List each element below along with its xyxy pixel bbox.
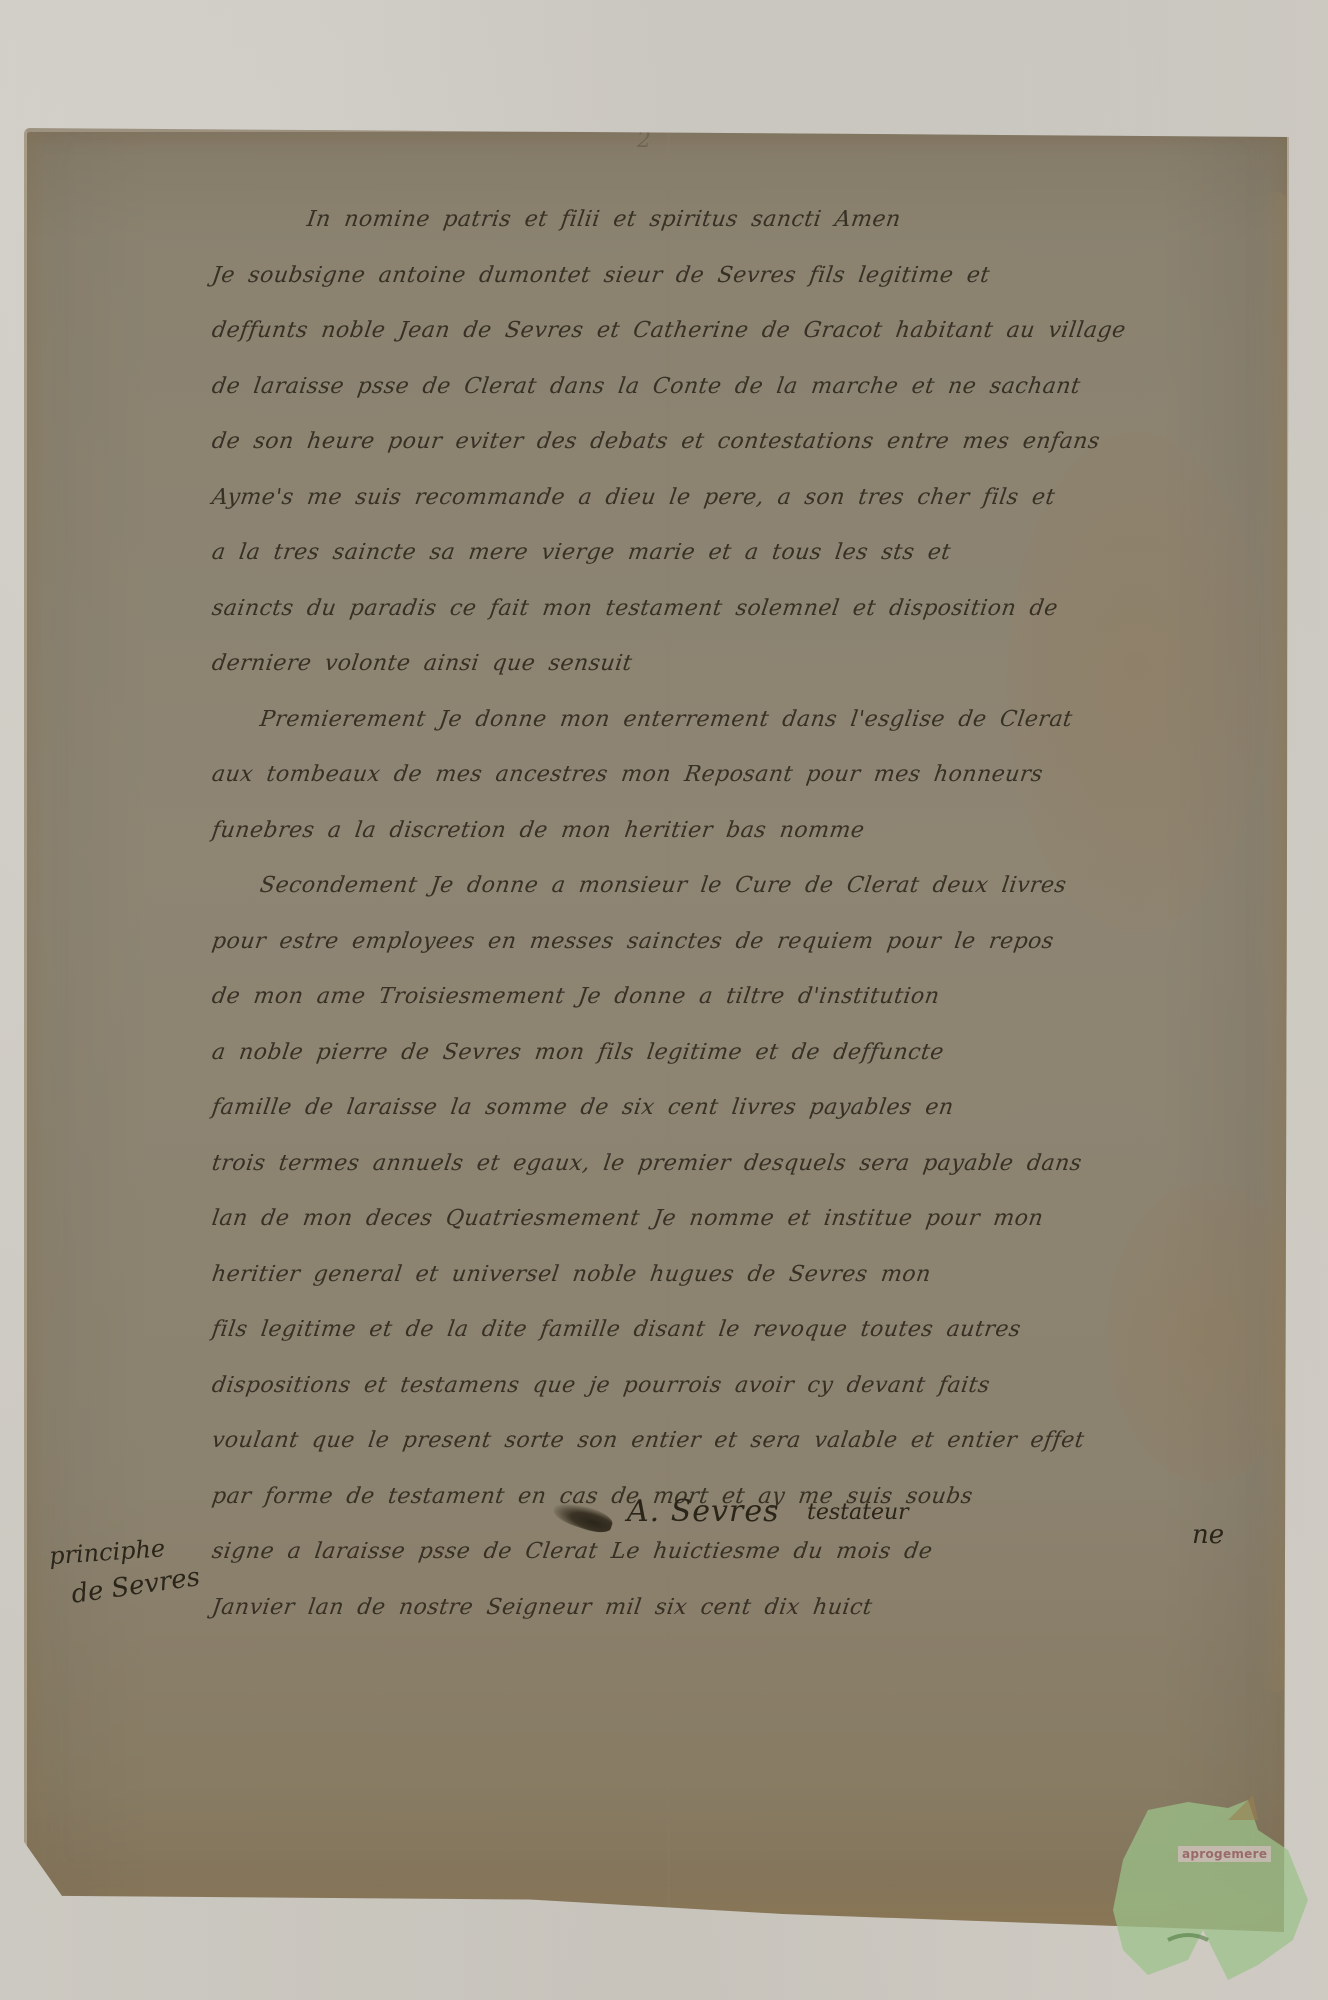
ink-blot <box>551 1497 615 1536</box>
manuscript-page: 2 In nomine patris et filii et spiritus … <box>24 128 1289 1932</box>
text-line: de mon ame Troisiesmement Je donne a til… <box>208 969 1276 1025</box>
text-line: trois termes annuels et egaux, le premie… <box>208 1136 1276 1192</box>
signature-block: A. Sevres testateur <box>547 1484 1247 1544</box>
text-line: dispositions et testamens que je pourroi… <box>208 1358 1276 1414</box>
text-line: a noble pierre de Sevres mon fils legiti… <box>208 1025 1276 1081</box>
invocation-line: In nomine patris et filii et spiritus sa… <box>208 192 1276 248</box>
worm-hole <box>375 1944 382 1953</box>
text-line: voulant que le present sorte son entier … <box>208 1413 1276 1469</box>
text-line: Janvier lan de nostre Seigneur mil six c… <box>208 1580 1276 1636</box>
watermark-label: aprogemere <box>1178 1846 1271 1862</box>
signature-role: testateur <box>807 1500 909 1525</box>
text-line: a la tres saincte sa mere vierge marie e… <box>208 525 1276 581</box>
worm-hole <box>317 1944 324 1953</box>
margin-mark: ne <box>1192 1520 1224 1550</box>
margin-annotation-line2: de Sevres <box>70 1562 202 1610</box>
text-line: lan de mon deces Quatriesmement Je nomme… <box>208 1191 1276 1247</box>
text-line: fils legitime et de la dite famille disa… <box>208 1302 1276 1358</box>
text-line: de laraisse psse de Clerat dans la Conte… <box>208 359 1276 415</box>
text-line: aux tombeaux de mes ancestres mon Reposa… <box>208 747 1276 803</box>
text-line: deffunts noble Jean de Sevres et Catheri… <box>208 303 1276 359</box>
watermark: aprogemere <box>1108 1790 1318 1990</box>
text-line: saincts du paradis ce fait mon testament… <box>208 581 1276 637</box>
worm-hole <box>363 1932 370 1941</box>
text-line: heritier general et universel noble hugu… <box>208 1247 1276 1303</box>
text-line: Premierement Je donne mon enterrement da… <box>208 692 1276 748</box>
text-line: de son heure pour eviter des debats et c… <box>208 414 1276 470</box>
map-shape-icon <box>1108 1790 1318 1990</box>
page-number: 2 <box>637 128 651 153</box>
torn-edge <box>307 1932 867 2000</box>
margin-annotation: principhe de Sevres <box>49 1537 200 1601</box>
text-line: pour estre employees en messes sainctes … <box>208 914 1276 970</box>
text-line: Je soubsigne antoine dumontet sieur de S… <box>208 248 1276 304</box>
manuscript-text: In nomine patris et filii et spiritus sa… <box>212 192 1272 1635</box>
text-line: funebres a la discretion de mon heritier… <box>208 803 1276 859</box>
signature-name: A. Sevres <box>627 1494 779 1529</box>
text-line: Secondement Je donne a monsieur le Cure … <box>208 858 1276 914</box>
text-line: Ayme's me suis recommande a dieu le pere… <box>208 470 1276 526</box>
text-line: derniere volonte ainsi que sensuit <box>208 636 1276 692</box>
text-line: famille de laraisse la somme de six cent… <box>208 1080 1276 1136</box>
